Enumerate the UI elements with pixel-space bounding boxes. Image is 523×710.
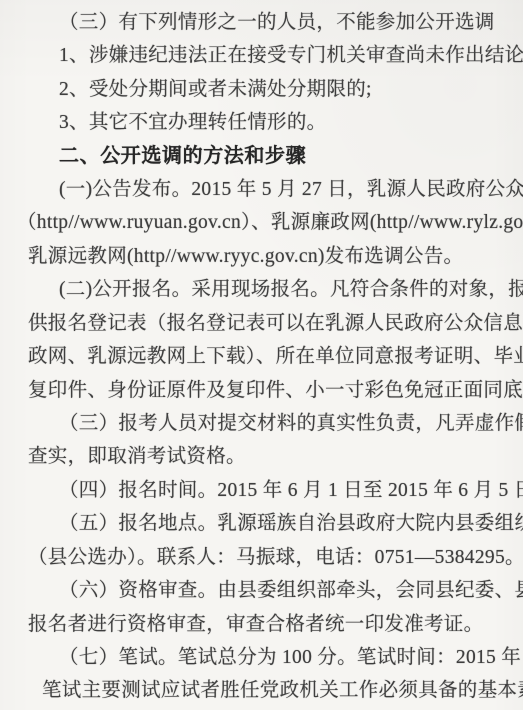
step-2-registration-line-3: 政网、乳源远教网上下载）、所在单位同意报考证明、毕业证书原件及 [28,337,517,370]
step-3-authenticity-line-2: 查实，即取消考试资格。 [28,438,517,471]
step-2-registration-line-1: (二)公开报名。采用现场报名。凡符合条件的对象，报名时需提 [28,271,517,304]
section-2-heading: 二、公开选调的方法和步骤 [28,137,517,170]
step-6-qualification-review-line-2: 报名者进行资格审查，审查合格者统一印发准考证。 [28,605,517,638]
scanned-document-page: （三）有下列情形之一的人员，不能参加公开选调 1、涉嫌违纪违法正在接受专门机关审… [0,0,523,710]
step-2-registration-line-4: 复印件、身份证原件及复印件、小一寸彩色免冠正面同底近照 4 张。 [28,371,517,404]
numbered-item-1: 1、涉嫌违纪违法正在接受专门机关审查尚未作出结论的; [28,36,517,69]
numbered-item-2: 2、受处分期间或者未满处分期限的; [28,70,517,103]
written-exam-description-line: 笔试主要测试应试者胜任党政机关工作必须具备的基本素质和基 [28,672,517,705]
step-6-qualification-review-line-1: （六）资格审查。由县委组织部牵头，会同县纪委、县人社局对 [28,571,517,604]
step-1-announcement-line-3: 乳源远教网(http//www.ryyc.gov.cn)发布选调公告。 [28,237,517,270]
step-2-registration-line-2: 供报名登记表（报名登记表可以在乳源人民政府公众信息网、乳源廉 [28,304,517,337]
step-1-announcement-line-2: （http//www.ruyuan.gov.cn）、乳源廉政网(http//ww… [17,204,517,237]
step-3-authenticity-line-1: （三）报考人员对提交材料的真实性负责，凡弄虚作假者，一经 [28,404,517,437]
step-7-written-exam-line: （七）笔试。笔试总分为 100 分。笔试时间：2015 年 6 月 13 日。 [28,638,517,671]
step-1-announcement-line-1: (一)公告发布。2015 年 5 月 27 日，乳源人民政府公众信息网 [28,170,517,203]
clause-3-ineligible-heading: （三）有下列情形之一的人员，不能参加公开选调 [28,3,517,36]
document-body: （三）有下列情形之一的人员，不能参加公开选调 1、涉嫌违纪违法正在接受专门机关审… [28,3,517,705]
step-5-contact-phone-line: （县公选办）。联系人：马振球，电话：0751—5384295。 [28,538,517,571]
step-4-registration-time: （四）报名时间。2015 年 6 月 1 日至 2015 年 6 月 5 日。 [28,471,517,504]
numbered-item-3: 3、其它不宜办理转任情形的。 [28,103,517,136]
step-5-registration-place-line-1: （五）报名地点。乳源瑶族自治县政府大院内县委组织部干部组 [28,505,517,538]
